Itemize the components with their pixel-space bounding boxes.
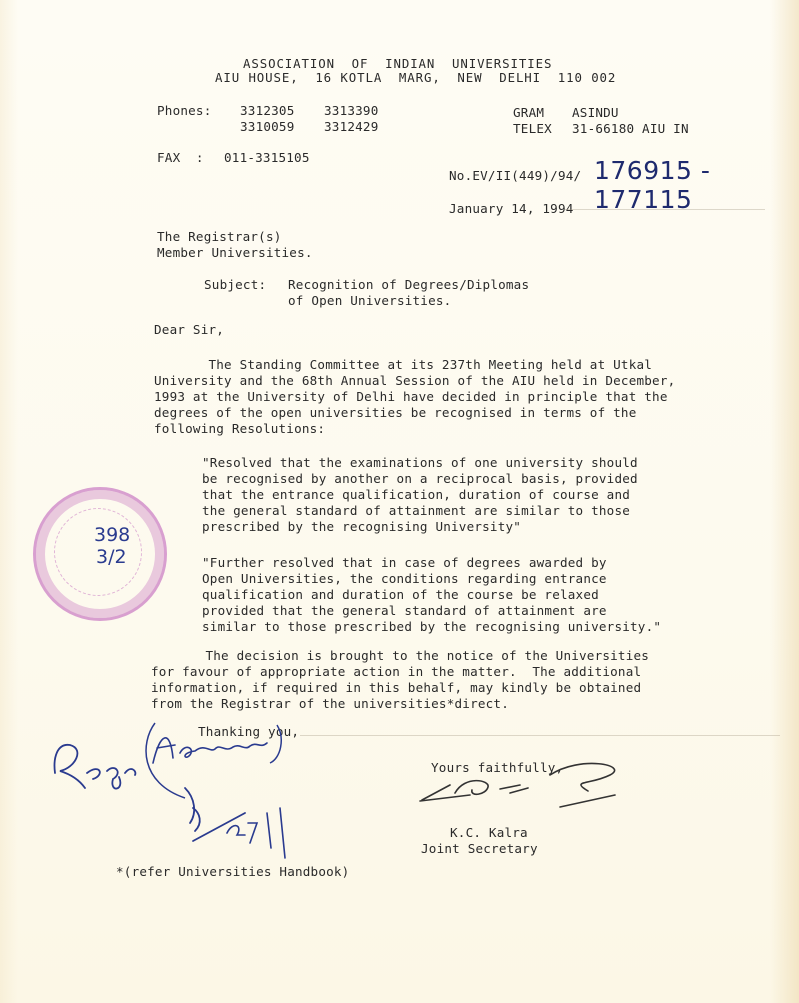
resolution-line: prescribed by the recognising University… — [202, 519, 521, 535]
addressee-line-2: Member Universities. — [157, 245, 313, 261]
handwritten-annotation-icon — [45, 713, 375, 863]
paragraph-line: The Standing Committee at its 237th Meet… — [154, 357, 652, 373]
phone-3: 3310059 — [240, 119, 294, 135]
paragraph-line: information, if required in this behalf,… — [151, 680, 641, 696]
signature-icon — [410, 755, 640, 815]
telex-label: TELEX — [513, 121, 552, 137]
signatory-title: Joint Secretary — [421, 841, 538, 857]
signatory-name: K.C. Kalra — [450, 825, 528, 841]
resolution-line: the general standard of attainment are s… — [202, 503, 630, 519]
resolution-line: Open Universities, the conditions regard… — [202, 571, 607, 587]
paragraph-line: for favour of appropriate action in the … — [151, 664, 641, 680]
resolution-line: "Further resolved that in case of degree… — [202, 555, 607, 571]
reference-number: No.EV/II(449)/94/ — [449, 168, 581, 184]
resolution-line: "Resolved that the examinations of one u… — [202, 455, 638, 471]
phone-2: 3313390 — [324, 103, 378, 119]
fax-value: 011-3315105 — [224, 150, 310, 166]
paragraph-line: degrees of the open universities be reco… — [154, 405, 637, 421]
addressee-line-1: The Registrar(s) — [157, 229, 282, 245]
paragraph-line: 1993 at the University of Delhi have dec… — [154, 389, 668, 405]
fax-label: FAX : — [157, 150, 204, 166]
paragraph-line: from the Registrar of the universities*d… — [151, 696, 509, 712]
resolution-line: similar to those prescribed by the recog… — [202, 619, 661, 635]
salutation: Dear Sir, — [154, 322, 224, 338]
phone-1: 3312305 — [240, 103, 294, 119]
subject-label: Subject: — [204, 277, 266, 293]
phone-4: 3312429 — [324, 119, 378, 135]
stamp-date: 3/2 — [96, 546, 127, 568]
stamp-number: 398 — [94, 524, 130, 546]
letter-date: January 14, 1994 — [449, 201, 574, 217]
paragraph-line: following Resolutions: — [154, 421, 325, 437]
resolution-line: qualification and duration of the course… — [202, 587, 599, 603]
gram-label: GRAM — [513, 105, 544, 121]
gram-value: ASINDU — [572, 105, 619, 121]
telex-value: 31-66180 AIU IN — [572, 121, 689, 137]
subject-line-2: of Open Universities. — [288, 293, 451, 309]
date-rule — [565, 209, 765, 210]
resolution-line: be recognised by another on a reciprocal… — [202, 471, 638, 487]
paragraph-line: University and the 68th Annual Session o… — [154, 373, 675, 389]
subject-line-1: Recognition of Degrees/Diplomas — [288, 277, 529, 293]
phones-label: Phones: — [157, 103, 211, 119]
received-stamp: 398 3/2 — [33, 487, 167, 621]
footnote: *(refer Universities Handbook) — [116, 864, 349, 880]
resolution-line: provided that the general standard of at… — [202, 603, 607, 619]
resolution-line: that the entrance qualification, duratio… — [202, 487, 630, 503]
org-address: AIU HOUSE, 16 KOTLA MARG, NEW DELHI 110 … — [215, 70, 616, 86]
paragraph-line: The decision is brought to the notice of… — [151, 648, 649, 664]
handwritten-reference-range: 176915 - 177115 — [594, 156, 799, 214]
